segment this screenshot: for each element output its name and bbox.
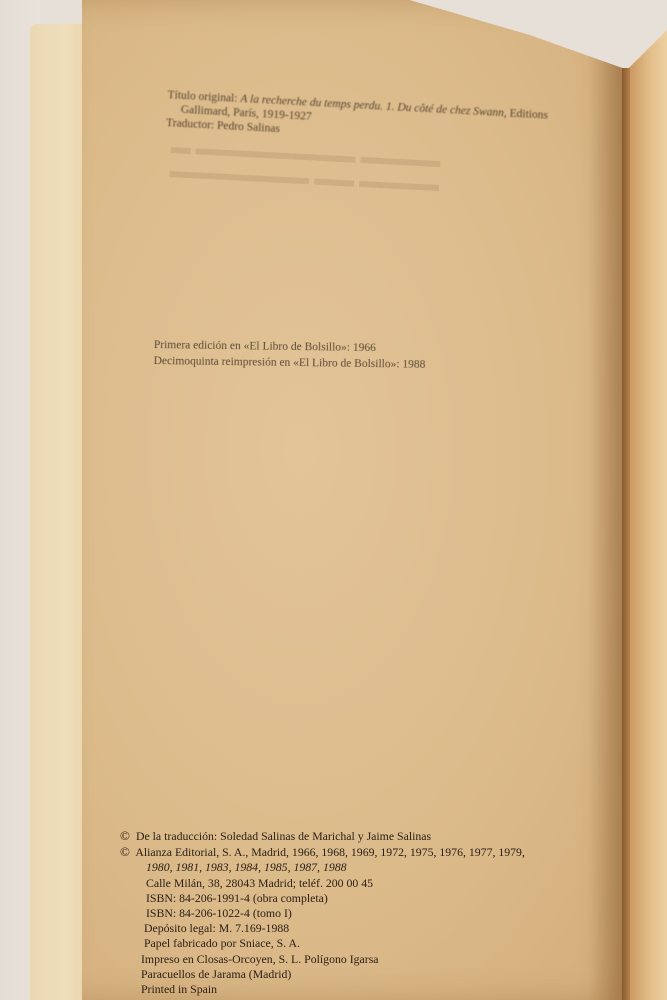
location-line: Paracuellos de Jarama (Madrid) xyxy=(117,967,525,982)
colophon-block: © De la traducción: Soledad Salinas de M… xyxy=(117,828,525,997)
copyright-icon: © xyxy=(117,828,133,844)
translation-rights-line: © De la traducción: Soledad Salinas de M… xyxy=(117,828,525,844)
underlying-page-edge xyxy=(30,24,90,1000)
publisher-years-line: 1980, 1981, 1983, 1984, 1985, 1987, 1988 xyxy=(117,860,525,875)
deposito-legal-line: Depósito legal: M. 7.169-1988 xyxy=(117,921,525,936)
facing-page xyxy=(628,30,667,1000)
printer-line: Impreso en Closas-Orcoyen, S. L. Polígon… xyxy=(117,952,525,967)
original-title-label: Título original: xyxy=(167,89,237,105)
book-gutter xyxy=(622,68,630,1000)
isbn-volume-line: ISBN: 84-206-1022-4 (tomo I) xyxy=(117,906,525,921)
original-title-publisher: Editions xyxy=(506,107,548,121)
copyright-icon: © xyxy=(117,844,133,860)
editions-block: Primera edición en «El Libro de Bolsillo… xyxy=(154,337,426,373)
printed-in-line: Printed in Spain xyxy=(117,982,525,997)
paper-line: Papel fabricado por Sniace, S. A. xyxy=(117,936,525,951)
address-line: Calle Milán, 38, 28043 Madrid; teléf. 20… xyxy=(117,876,525,891)
publisher-rights-line: © Alianza Editorial, S. A., Madrid, 1966… xyxy=(117,844,525,860)
isbn-complete-line: ISBN: 84-206-1991-4 (obra completa) xyxy=(117,891,525,906)
